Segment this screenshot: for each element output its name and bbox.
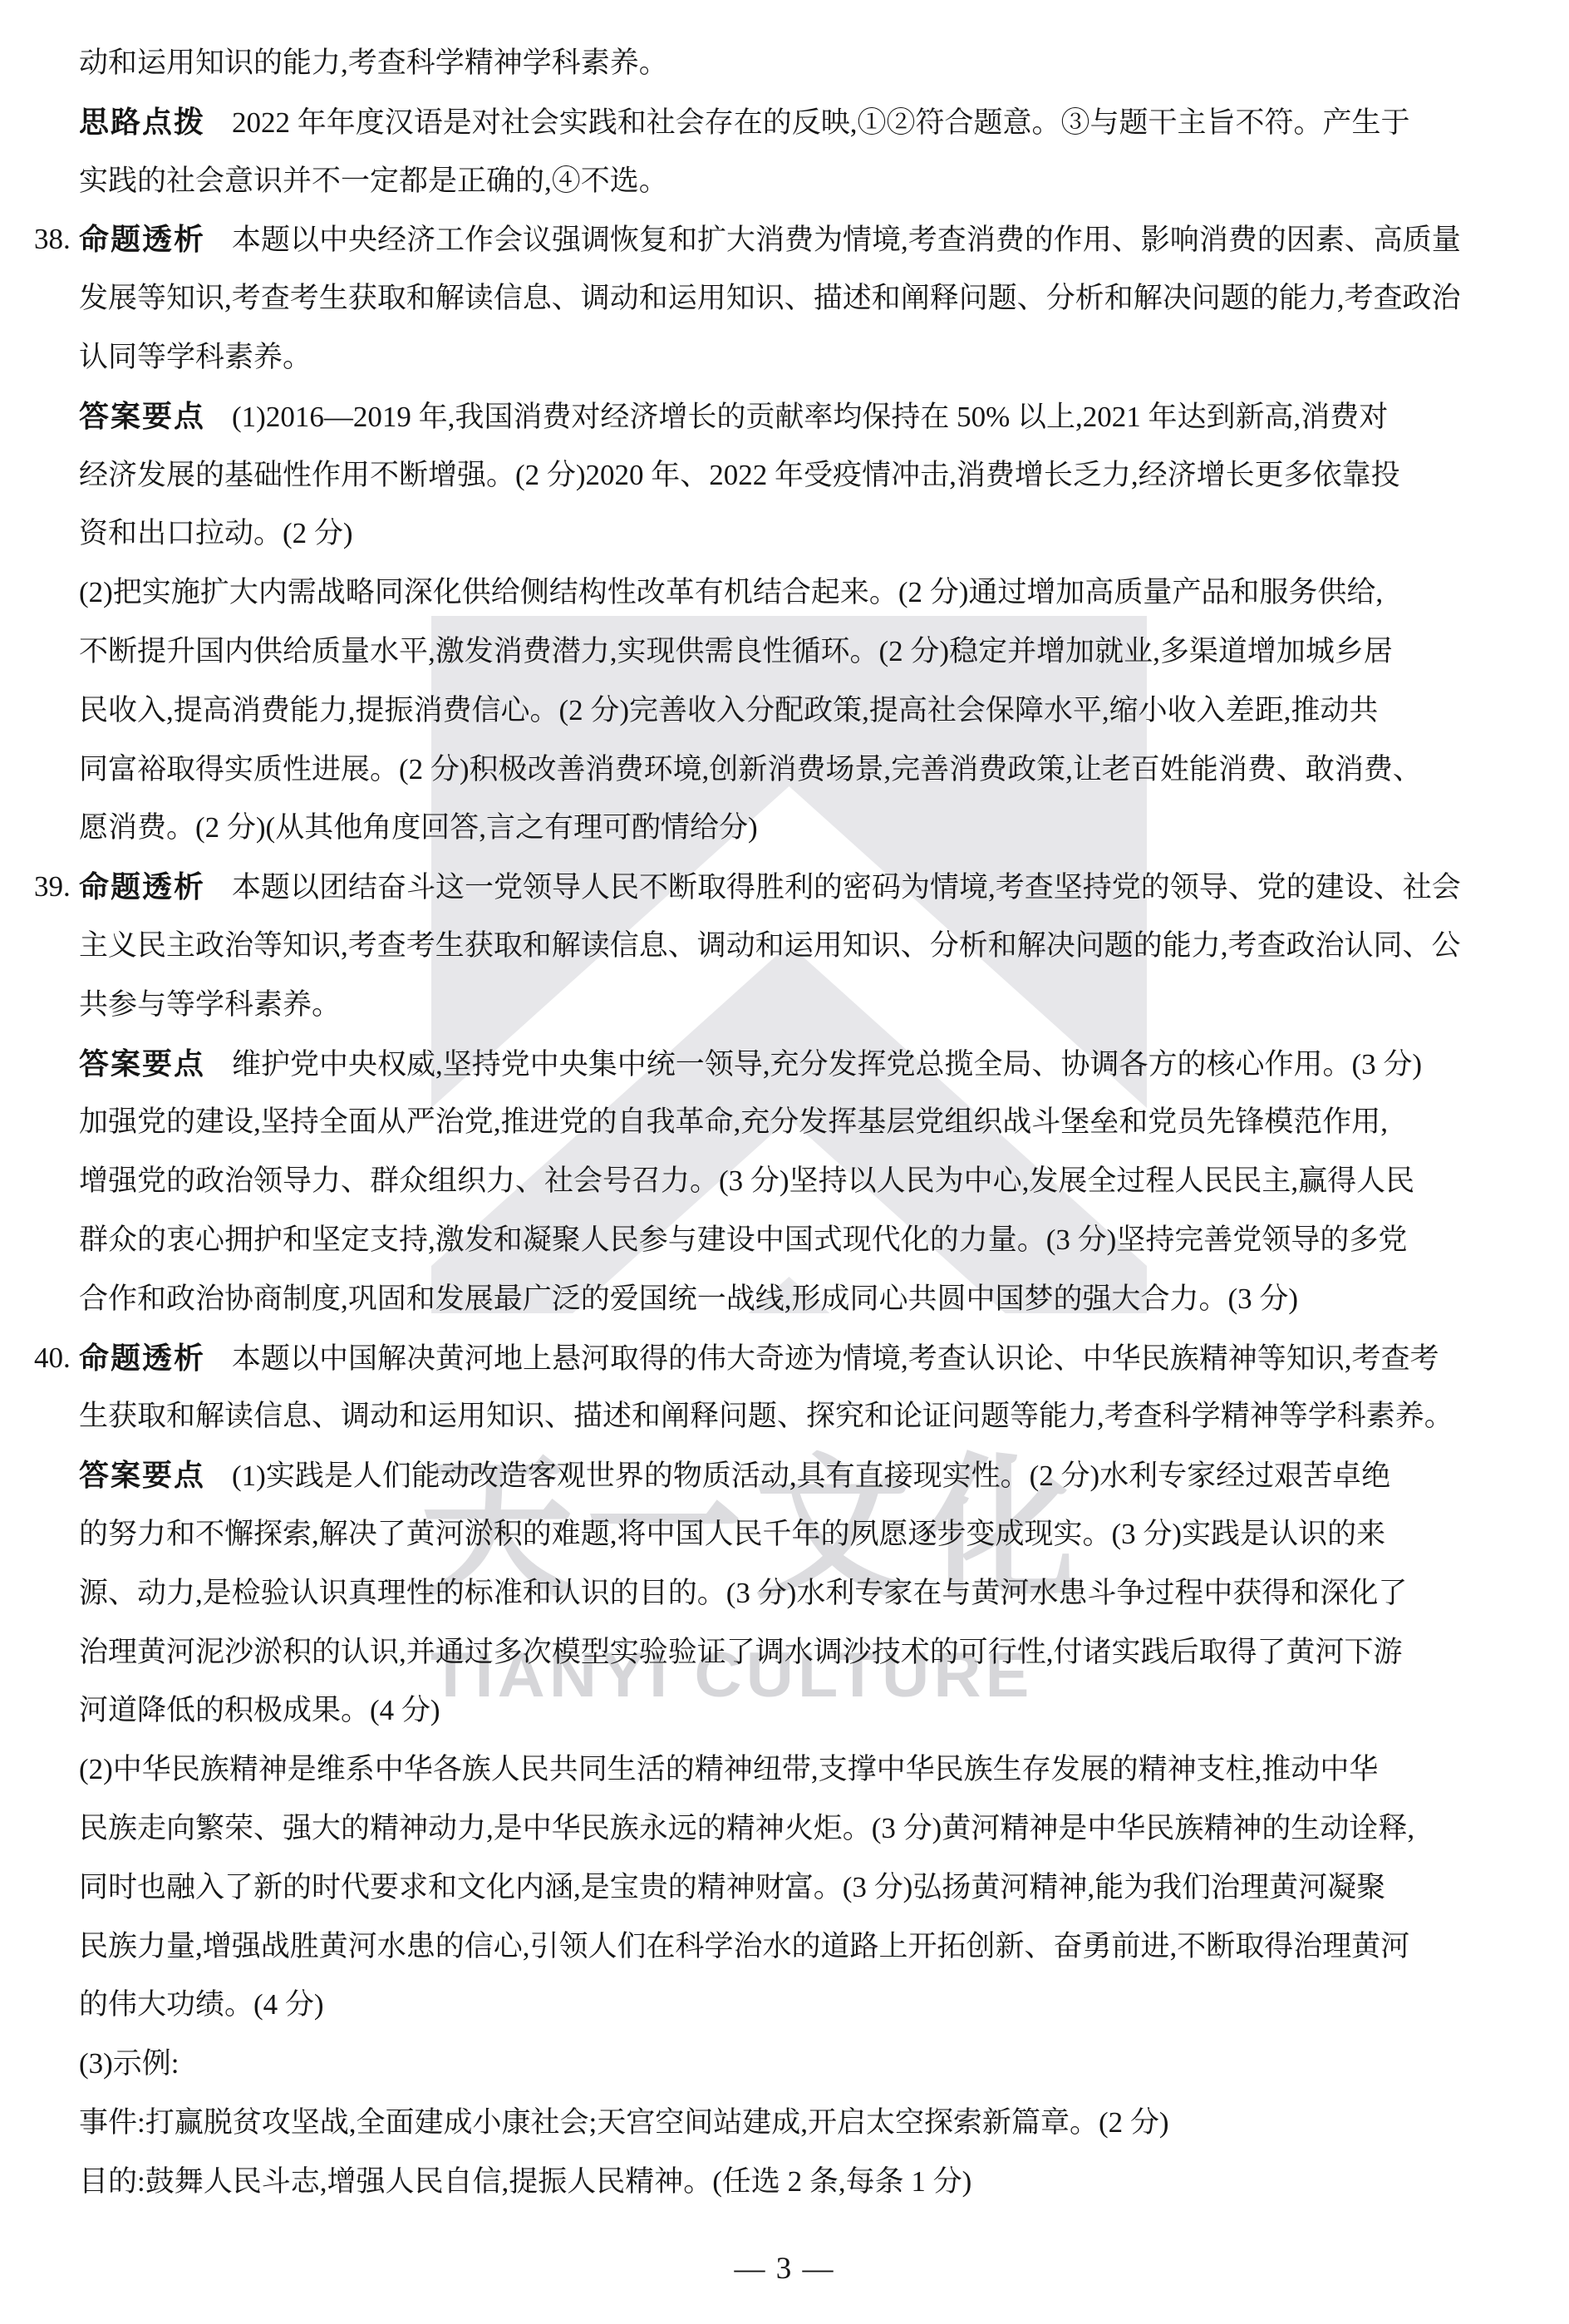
line-text: 生获取和解读信息、调动和运用知识、描述和阐释问题、探究和论证问题等能力,考查科学… <box>79 1400 1453 1432</box>
text-line: 实践的社会意识并不一定都是正确的,④不选。 <box>79 151 1544 210</box>
line-text: 资和出口拉动。(2 分) <box>79 517 353 549</box>
text-line: 合作和政治协商制度,巩固和发展最广泛的爱国统一战线,形成同心共圆中国梦的强大合力… <box>79 1269 1544 1328</box>
page-number: — 3 — <box>0 2251 1569 2287</box>
text-line: 答案要点(1)2016—2019 年,我国消费对经济增长的贡献率均保持在 50%… <box>79 387 1544 446</box>
section-label: 命题透析 <box>79 1341 205 1375</box>
text-line: 同时也融入了新的时代要求和文化内涵,是宝贵的精神财富。(3 分)弘扬黄河精神,能… <box>79 1858 1544 1917</box>
text-line: 不断提升国内供给质量水平,激发消费潜力,实现供需良性循环。(2 分)稳定并增加就… <box>79 622 1544 681</box>
text-line: 民族力量,增强战胜黄河水患的信心,引领人们在科学治水的道路上开拓创新、奋勇前进,… <box>79 1917 1544 1976</box>
text-line: 39.命题透析本题以团结奋斗这一党领导人民不断取得胜利的密码为情境,考查坚持党的… <box>79 857 1544 916</box>
line-text: 同时也融入了新的时代要求和文化内涵,是宝贵的精神财富。(3 分)弘扬黄河精神,能… <box>79 1871 1385 1903</box>
item-number: 39. <box>34 857 71 916</box>
line-text: 实践的社会意识并不一定都是正确的,④不选。 <box>79 165 668 197</box>
line-text: 动和运用知识的能力,考查科学精神学科素养。 <box>79 47 668 79</box>
text-line: (2)把实施扩大内需战略同深化供给侧结构性改革有机结合起来。(2 分)通过增加高… <box>79 563 1544 622</box>
section-label: 答案要点 <box>79 399 205 433</box>
line-text: (2)中华民族精神是维系中华各族人民共同生活的精神纽带,支撑中华民族生存发展的精… <box>79 1753 1378 1785</box>
text-line: 增强党的政治领导力、群众组织力、社会号召力。(3 分)坚持以人民为中心,发展全过… <box>79 1151 1544 1210</box>
line-text: 本题以中国解决黄河地上悬河取得的伟大奇迹为情境,考查认识论、中华民族精神等知识,… <box>232 1342 1439 1375</box>
text-line: 主义民主政治等知识,考查考生获取和解读信息、调动和运用知识、分析和解决问题的能力… <box>79 916 1544 975</box>
text-block: 动和运用知识的能力,考查科学精神学科素养。思路点拨2022 年年度汉语是对社会实… <box>0 0 1569 2324</box>
text-line: 源、动力,是检验认识真理性的标准和认识的目的。(3 分)水利专家在与黄河水患斗争… <box>79 1563 1544 1622</box>
line-text: 维护党中央权威,坚持党中央集中统一领导,充分发挥党总揽全局、协调各方的核心作用。… <box>232 1048 1422 1081</box>
text-line: 事件:打赢脱贫攻坚战,全面建成小康社会;天宫空间站建成,开启太空探索新篇章。(2… <box>79 2093 1544 2152</box>
text-line: 治理黄河泥沙淤积的认识,并通过多次模型实验验证了调水调沙技术的可行性,付诸实践后… <box>79 1622 1544 1681</box>
line-text: 河道降低的积极成果。(4 分) <box>79 1694 440 1726</box>
line-text: 民族走向繁荣、强大的精神动力,是中华民族永远的精神火炬。(3 分)黄河精神是中华… <box>79 1812 1414 1844</box>
section-label: 答案要点 <box>79 1458 205 1492</box>
text-line: 愿消费。(2 分)(从其他角度回答,言之有理可酌情给分) <box>79 798 1544 857</box>
text-line: 38.命题透析本题以中央经济工作会议强调恢复和扩大消费为情境,考查消费的作用、影… <box>79 209 1544 268</box>
item-number: 38. <box>34 209 71 268</box>
line-text: 愿消费。(2 分)(从其他角度回答,言之有理可酌情给分) <box>79 811 758 844</box>
line-text: 源、动力,是检验认识真理性的标准和认识的目的。(3 分)水利专家在与黄河水患斗争… <box>79 1577 1407 1609</box>
text-line: 河道降低的积极成果。(4 分) <box>79 1681 1544 1740</box>
line-text: 共参与等学科素养。 <box>79 988 341 1021</box>
line-text: 发展等知识,考查考生获取和解读信息、调动和运用知识、描述和阐释问题、分析和解决问… <box>79 282 1461 314</box>
line-text: 本题以团结奋斗这一党领导人民不断取得胜利的密码为情境,考查坚持党的领导、党的建设… <box>232 871 1461 904</box>
line-text: 治理黄河泥沙淤积的认识,并通过多次模型实验验证了调水调沙技术的可行性,付诸实践后… <box>79 1636 1403 1668</box>
line-text: 主义民主政治等知识,考查考生获取和解读信息、调动和运用知识、分析和解决问题的能力… <box>79 929 1461 962</box>
line-text: 民收入,提高消费能力,提振消费信心。(2 分)完善收入分配政策,提高社会保障水平… <box>79 694 1378 726</box>
text-line: 思路点拨2022 年年度汉语是对社会实践和社会存在的反映,①②符合题意。③与题干… <box>79 92 1544 151</box>
line-text: 的努力和不懈探索,解决了黄河淤积的难题,将中国人民千年的夙愿逐步变成现实。(3 … <box>79 1518 1385 1550</box>
text-line: 的努力和不懈探索,解决了黄河淤积的难题,将中国人民千年的夙愿逐步变成现实。(3 … <box>79 1504 1544 1563</box>
text-line: 同富裕取得实质性进展。(2 分)积极改善消费环境,创新消费场景,完善消费政策,让… <box>79 740 1544 799</box>
line-text: 民族力量,增强战胜黄河水患的信心,引领人们在科学治水的道路上开拓创新、奋勇前进,… <box>79 1930 1409 1962</box>
line-text: 经济发展的基础性作用不断增强。(2 分)2020 年、2022 年受疫情冲击,消… <box>79 459 1400 491</box>
text-line: 经济发展的基础性作用不断增强。(2 分)2020 年、2022 年受疫情冲击,消… <box>79 446 1544 505</box>
text-line: 答案要点维护党中央权威,坚持党中央集中统一领导,充分发挥党总揽全局、协调各方的核… <box>79 1034 1544 1093</box>
text-line: (3)示例: <box>79 2034 1544 2093</box>
line-text: 增强党的政治领导力、群众组织力、社会号召力。(3 分)坚持以人民为中心,发展全过… <box>79 1164 1414 1197</box>
line-text: 加强党的建设,坚持全面从严治党,推进党的自我革命,充分发挥基层党组织战斗堡垒和党… <box>79 1105 1388 1138</box>
section-label: 命题透析 <box>79 222 205 256</box>
text-line: 的伟大功绩。(4 分) <box>79 1975 1544 2034</box>
text-line: 加强党的建设,坚持全面从严治党,推进党的自我革命,充分发挥基层党组织战斗堡垒和党… <box>79 1092 1544 1151</box>
text-line: 群众的衷心拥护和坚定支持,激发和凝聚人民参与建设中国式现代化的力量。(3 分)坚… <box>79 1210 1544 1269</box>
line-text: (1)2016—2019 年,我国消费对经济增长的贡献率均保持在 50% 以上,… <box>232 401 1388 433</box>
line-text: 同富裕取得实质性进展。(2 分)积极改善消费环境,创新消费场景,完善消费政策,让… <box>79 753 1422 785</box>
text-line: 资和出口拉动。(2 分) <box>79 504 1544 563</box>
text-line: 认同等学科素养。 <box>79 327 1544 387</box>
section-label: 答案要点 <box>79 1046 205 1081</box>
line-text: 事件:打赢脱贫攻坚战,全面建成小康社会;天宫空间站建成,开启太空探索新篇章。(2… <box>79 2106 1169 2139</box>
line-text: 群众的衷心拥护和坚定支持,激发和凝聚人民参与建设中国式现代化的力量。(3 分)坚… <box>79 1224 1407 1256</box>
text-line: 动和运用知识的能力,考查科学精神学科素养。 <box>79 33 1544 92</box>
text-line: 生获取和解读信息、调动和运用知识、描述和阐释问题、探究和论证问题等能力,考查科学… <box>79 1386 1544 1445</box>
line-text: (3)示例: <box>79 2047 180 2080</box>
text-line: 共参与等学科素养。 <box>79 975 1544 1034</box>
text-line: 40.命题透析本题以中国解决黄河地上悬河取得的伟大奇迹为情境,考查认识论、中华民… <box>79 1328 1544 1387</box>
line-text: 2022 年年度汉语是对社会实践和社会存在的反映,①②符合题意。③与题干主旨不符… <box>232 106 1410 139</box>
line-text: 本题以中央经济工作会议强调恢复和扩大消费为情境,考查消费的作用、影响消费的因素、… <box>232 224 1461 256</box>
line-text: (2)把实施扩大内需战略同深化供给侧结构性改革有机结合起来。(2 分)通过增加高… <box>79 576 1383 608</box>
text-line: 民族走向繁荣、强大的精神动力,是中华民族永远的精神火炬。(3 分)黄河精神是中华… <box>79 1799 1544 1858</box>
text-line: 民收入,提高消费能力,提振消费信心。(2 分)完善收入分配政策,提高社会保障水平… <box>79 681 1544 740</box>
item-number: 40. <box>34 1328 71 1387</box>
section-label: 命题透析 <box>79 869 205 904</box>
section-label: 思路点拨 <box>79 105 205 139</box>
line-text: 的伟大功绩。(4 分) <box>79 1988 324 2021</box>
text-line: 答案要点(1)实践是人们能动改造客观世界的物质活动,具有直接现实性。(2 分)水… <box>79 1445 1544 1504</box>
line-text: 不断提升国内供给质量水平,激发消费潜力,实现供需良性循环。(2 分)稳定并增加就… <box>79 635 1393 667</box>
line-text: 目的:鼓舞人民斗志,增强人民自信,提振人民精神。(任选 2 条,每条 1 分) <box>79 2165 971 2198</box>
line-text: 认同等学科素养。 <box>79 341 312 373</box>
text-line: 发展等知识,考查考生获取和解读信息、调动和运用知识、描述和阐释问题、分析和解决问… <box>79 268 1544 327</box>
document-page: 天一文化 TIANYI CULTURE 动和运用知识的能力,考查科学精神学科素养… <box>0 0 1569 2324</box>
line-text: 合作和政治协商制度,巩固和发展最广泛的爱国统一战线,形成同心共圆中国梦的强大合力… <box>79 1283 1298 1315</box>
text-line: (2)中华民族精神是维系中华各族人民共同生活的精神纽带,支撑中华民族生存发展的精… <box>79 1740 1544 1799</box>
line-text: (1)实践是人们能动改造客观世界的物质活动,具有直接现实性。(2 分)水利专家经… <box>232 1460 1390 1492</box>
text-line: 目的:鼓舞人民斗志,增强人民自信,提振人民精神。(任选 2 条,每条 1 分) <box>79 2152 1544 2211</box>
